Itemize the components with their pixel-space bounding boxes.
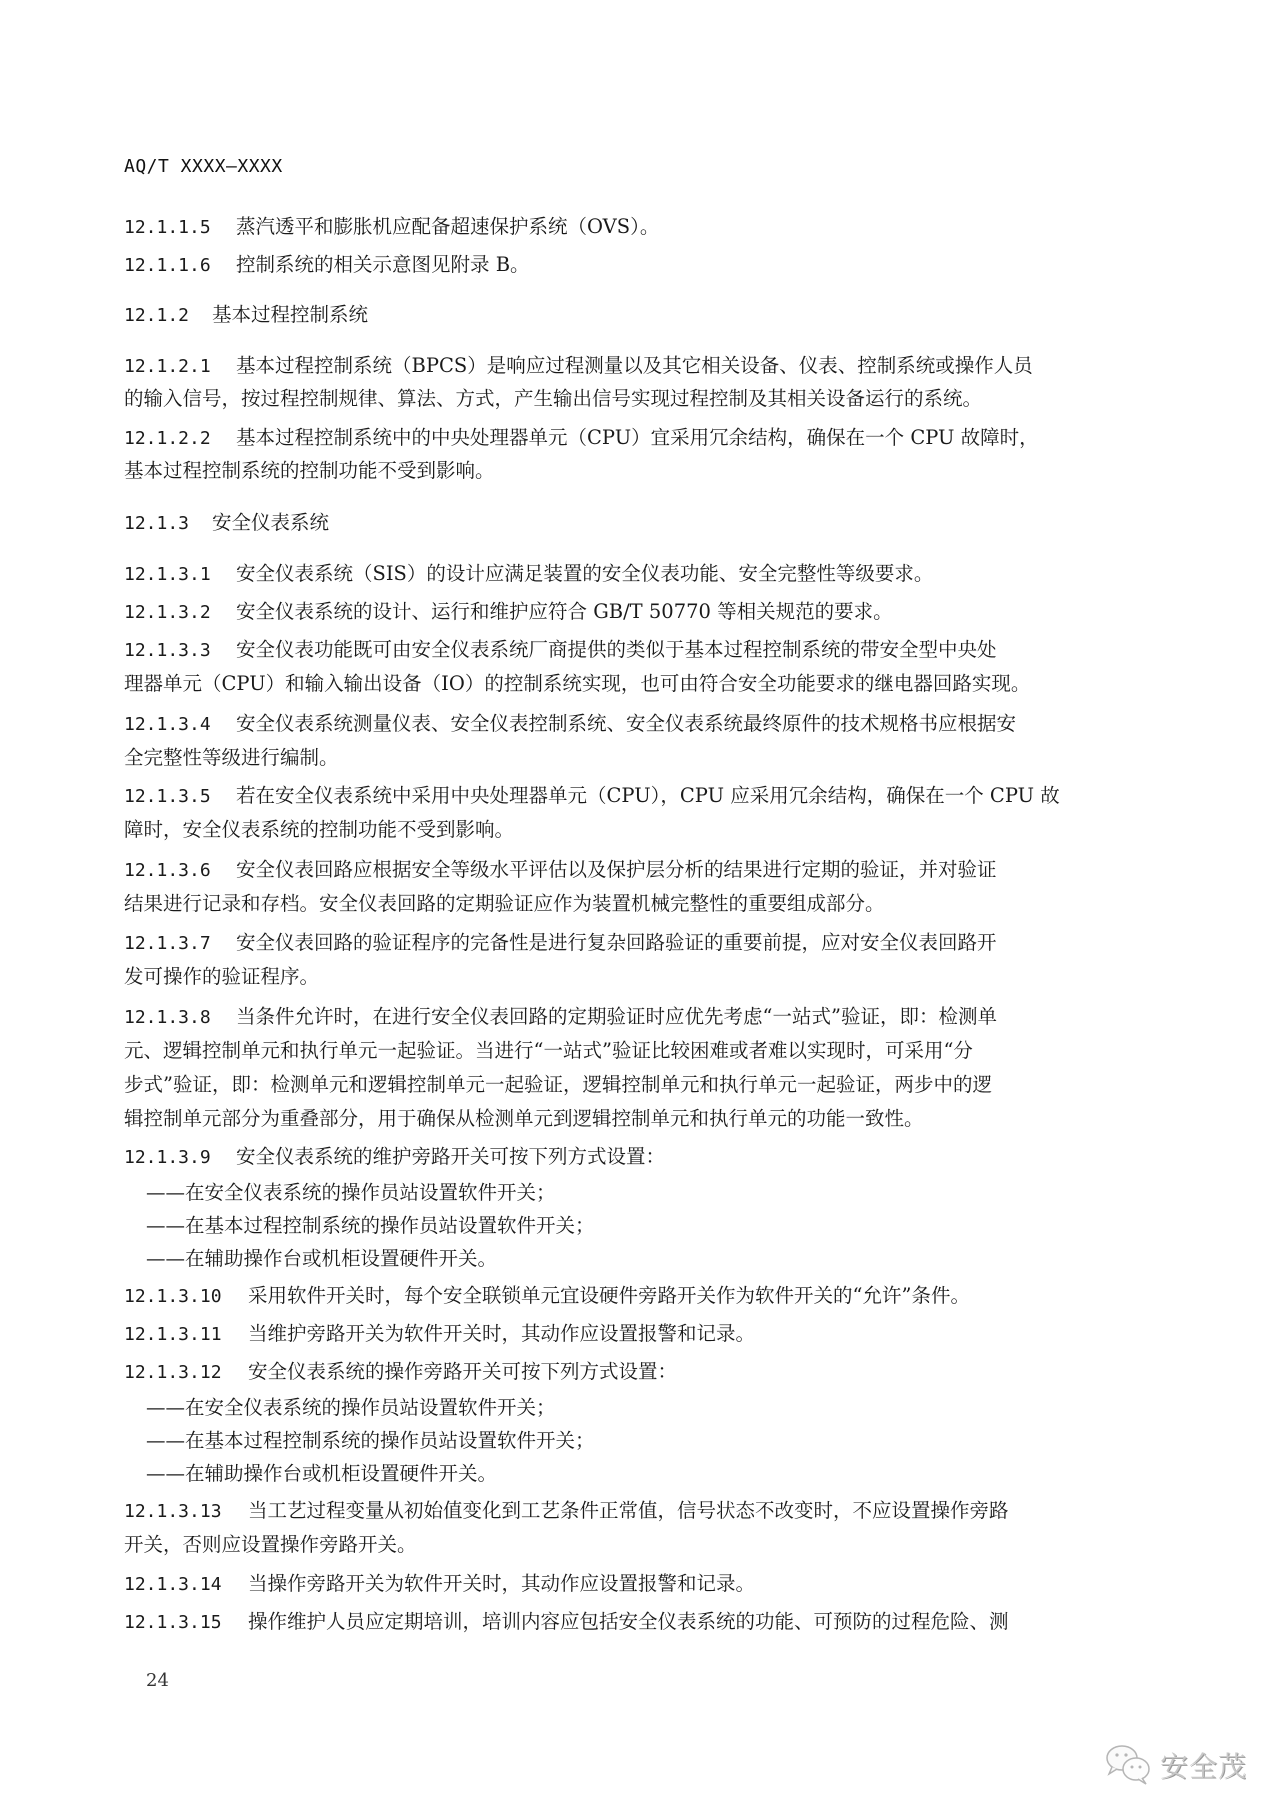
list-item: ——在基本过程控制系统的操作员站设置软件开关； [146, 1215, 595, 1237]
page-number: 24 [146, 1670, 169, 1691]
list-item: ——在安全仪表系统的操作员站设置软件开关； [146, 1182, 556, 1204]
document-page: AQ/T XXXX—XXXX 12.1.1.5蒸汽透平和膨胀机应配备超速保护系统… [0, 0, 1280, 1810]
clause-12-1-3-8-cont-2: 步式”验证，即：检测单元和逻辑控制单元一起验证，逻辑控制单元和执行单元一起验证，… [124, 1074, 992, 1096]
clause-12-1-3-4-cont: 全完整性等级进行编制。 [124, 747, 339, 769]
clause-12-1-2-1: 12.1.2.1基本过程控制系统（BPCS）是响应过程测量以及其它相关设备、仪表… [124, 355, 1033, 378]
clause-12-1-2-1-cont: 的输入信号，按过程控制规律、算法、方式，产生输出信号实现过程控制及其相关设备运行… [124, 388, 982, 410]
clause-12-1-2-2: 12.1.2.2基本过程控制系统中的中央处理器单元（CPU）宜采用冗余结构，确保… [124, 427, 1039, 450]
clause-12-1-2-2-cont: 基本过程控制系统的控制功能不受到影响。 [124, 460, 495, 482]
watermark: 安全茂 [1104, 1742, 1247, 1788]
clause-12-1-3-8: 12.1.3.8当条件允许时，在进行安全仪表回路的定期验证时应优先考虑“一站式”… [124, 1006, 997, 1029]
clause-12-1-3-8-cont-3: 辑控制单元部分为重叠部分，用于确保从检测单元到逻辑控制单元和执行单元的功能一致性… [124, 1108, 924, 1130]
clause-12-1-3-4: 12.1.3.4安全仪表系统测量仪表、安全仪表控制系统、安全仪表系统最终原件的技… [124, 713, 1016, 736]
clause-12-1-3-6: 12.1.3.6安全仪表回路应根据安全等级水平评估以及保护层分析的结果进行定期的… [124, 859, 997, 882]
list-item: ——在辅助操作台或机柜设置硬件开关。 [146, 1248, 497, 1270]
clause-12-1-3-8-cont-1: 元、逻辑控制单元和执行单元一起验证。当进行“一站式”验证比较困难或者难以实现时，… [124, 1040, 973, 1062]
clause-12-1-3-5-cont: 障时，安全仪表系统的控制功能不受到影响。 [124, 819, 514, 841]
clause-12-1-3-14: 12.1.3.14当操作旁路开关为软件开关时，其动作应设置报警和记录。 [124, 1573, 755, 1596]
clause-12-1-3-3-cont: 理器单元（CPU）和输入输出设备（IO）的控制系统实现，也可由符合安全功能要求的… [124, 673, 1030, 695]
clause-12-1-1-5: 12.1.1.5蒸汽透平和膨胀机应配备超速保护系统（OVS）。 [124, 216, 659, 239]
clause-12-1-3-6-cont: 结果进行记录和存档。安全仪表回路的定期验证应作为装置机械完整性的重要组成部分。 [124, 893, 885, 915]
clause-12-1-3-13-cont: 开关，否则应设置操作旁路开关。 [124, 1534, 417, 1556]
clause-12-1-3-12: 12.1.3.12安全仪表系统的操作旁路开关可按下列方式设置： [124, 1361, 677, 1384]
clause-12-1-1-6: 12.1.1.6控制系统的相关示意图见附录 B。 [124, 254, 530, 277]
section-heading-12-1-2: 12.1.2基本过程控制系统 [124, 304, 368, 327]
clause-12-1-3-9: 12.1.3.9安全仪表系统的维护旁路开关可按下列方式设置： [124, 1146, 665, 1169]
standard-code: AQ/T XXXX—XXXX [124, 156, 283, 177]
clause-12-1-3-13: 12.1.3.13当工艺过程变量从初始值变化到工艺条件正常值，信号状态不改变时，… [124, 1500, 1009, 1523]
clause-12-1-3-5: 12.1.3.5若在安全仪表系统中采用中央处理器单元（CPU），CPU 应采用冗… [124, 785, 1060, 808]
list-item: ——在辅助操作台或机柜设置硬件开关。 [146, 1463, 497, 1485]
clause-12-1-3-7-cont: 发可操作的验证程序。 [124, 966, 319, 988]
clause-12-1-3-7: 12.1.3.7安全仪表回路的验证程序的完备性是进行复杂回路验证的重要前提，应对… [124, 932, 997, 955]
list-item: ——在基本过程控制系统的操作员站设置软件开关； [146, 1430, 595, 1452]
clause-12-1-3-10: 12.1.3.10采用软件开关时，每个安全联锁单元宜设硬件旁路开关作为软件开关的… [124, 1285, 970, 1308]
clause-12-1-3-1: 12.1.3.1安全仪表系统（SIS）的设计应满足装置的安全仪表功能、安全完整性… [124, 563, 933, 586]
section-heading-12-1-3: 12.1.3安全仪表系统 [124, 512, 329, 535]
wechat-icon [1104, 1742, 1154, 1788]
list-item: ——在安全仪表系统的操作员站设置软件开关； [146, 1397, 556, 1419]
clause-12-1-3-15: 12.1.3.15操作维护人员应定期培训，培训内容应包括安全仪表系统的功能、可预… [124, 1611, 1009, 1634]
clause-12-1-3-11: 12.1.3.11当维护旁路开关为软件开关时，其动作应设置报警和记录。 [124, 1323, 755, 1346]
watermark-label: 安全茂 [1160, 1745, 1247, 1785]
clause-12-1-3-2: 12.1.3.2安全仪表系统的设计、运行和维护应符合 GB/T 50770 等相… [124, 601, 893, 624]
clause-12-1-3-3: 12.1.3.3安全仪表功能既可由安全仪表系统厂商提供的类似于基本过程控制系统的… [124, 639, 997, 662]
